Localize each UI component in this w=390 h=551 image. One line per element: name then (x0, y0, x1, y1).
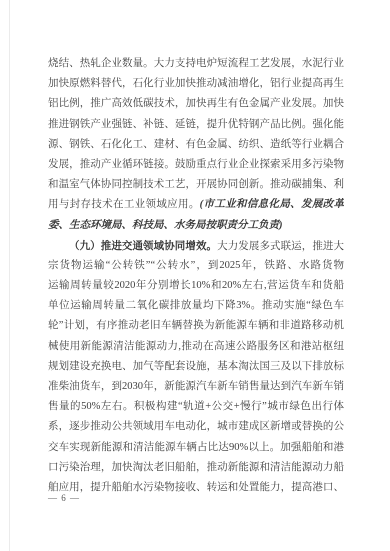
body-text-segment: 运输周转量较2020年分别增长10%和20%左右,营运货车和货船 (48, 280, 344, 291)
document-line: 系，逐步推动公共领域用车电动化，城市建成区新增或替换的公 (48, 417, 344, 437)
document-line: 单位运输周转量二氧化碳排放量均下降3%。推动实施“绿色车 (48, 296, 344, 316)
body-text-segment: 售量的50%左右。积极构建“轨道+公交+慢行”城市绿色出行体 (48, 401, 344, 412)
document-line: 械使用新能源清洁能源动力,推动在高速公路服务区和港站枢纽 (48, 337, 344, 357)
body-text-segment: 舶应用，提升船舶水污染物接收、转运和处置能力，提高港口、 (48, 482, 344, 493)
document-line: 烧结、热轧企业数量。大力支持电炉短流程工艺发展，水泥行业 (48, 54, 344, 74)
body-text-segment: 准柴油货车，到2030年，新能源汽车新车销售量达到汽车新车销 (48, 381, 344, 392)
department-annotation: (市工业和信息化局、发展改革 (200, 199, 344, 210)
document-line: 交车实现新能源和清洁能源车辆占比达90%以上。加强船舶和港 (48, 438, 344, 458)
document-line: 推进钢铁产业强链、补链、延链，提升优特钢产品比例。强化能 (48, 115, 344, 135)
body-text-segment: 宗货物运输“公转铁”“公转水”，到2025年，铁路、水路货物 (48, 260, 344, 271)
body-text-segment: 和温室气体协同控制技术工艺，开展协同创新。推动碳捕集、利 (48, 179, 344, 190)
document-line: 售量的50%左右。积极构建“轨道+公交+慢行”城市绿色出行体 (48, 397, 344, 417)
body-text-segment: 交车实现新能源和清洁能源车辆占比达90%以上。加强船舶和港 (48, 442, 344, 453)
body-text-segment: 源、钢铁、石化化工、建材、有色金属、纺织、造纸等行业耦合 (48, 139, 344, 150)
document-line: 用与封存技术在工业领域应用。(市工业和信息化局、发展改革 (48, 195, 344, 215)
document-line: 规划建设充换电、加气等配套设施，基本淘汰国三及以下排放标 (48, 357, 344, 377)
document-line: 委、生态环境局、科技局、水务局按职责分工负责) (48, 216, 344, 236)
document-body: 烧结、热轧企业数量。大力支持电炉短流程工艺发展，水泥行业加快原燃料替代，石化行业… (48, 54, 344, 498)
scan-edge-line (9, 0, 10, 551)
department-annotation: 委、生态环境局、科技局、水务局按职责分工负责) (48, 220, 283, 231)
body-text-segment: 推进钢铁产业强链、补链、延链，提升优特钢产品比例。强化能 (48, 119, 344, 130)
body-text-segment: 规划建设充换电、加气等配套设施，基本淘汰国三及以下排放标 (48, 361, 344, 372)
document-line: 发展，推动产业循环链接。鼓励重点行业企业探索采用多污染物 (48, 155, 344, 175)
document-line: （九）推进交通领域协同增效。大力发展多式联运，推进大 (48, 236, 344, 256)
body-text-segment: 口污染治理，加快淘汰老旧船舶，推动新能源和清洁能源动力船 (48, 462, 344, 473)
body-text-segment: 铝比例，推广高效低碳技术，加快再生有色金属产业发展。加快 (48, 98, 344, 109)
document-line: 舶应用，提升船舶水污染物接收、转运和处置能力，提高港口、 (48, 478, 344, 498)
document-page: 烧结、热轧企业数量。大力支持电炉短流程工艺发展，水泥行业加快原燃料替代，石化行业… (0, 0, 390, 551)
body-text-segment: 械使用新能源清洁能源动力,推动在高速公路服务区和港站枢纽 (48, 341, 344, 352)
body-text-segment: 系，逐步推动公共领域用车电动化，城市建成区新增或替换的公 (48, 421, 344, 432)
document-line: 轮”计划，有序推动老旧车辆替换为新能源车辆和非道路移动机 (48, 316, 344, 336)
body-text-segment: 加快原燃料替代，石化行业加快推动减油增化，铝行业提高再生 (48, 78, 344, 89)
document-line: 运输周转量较2020年分别增长10%和20%左右,营运货车和货船 (48, 276, 344, 296)
document-line: 加快原燃料替代，石化行业加快推动减油增化，铝行业提高再生 (48, 74, 344, 94)
document-line: 宗货物运输“公转铁”“公转水”，到2025年，铁路、水路货物 (48, 256, 344, 276)
section-heading: （九）推进交通领域协同增效。 (69, 240, 217, 252)
body-text-segment: 单位运输周转量二氧化碳排放量均下降3%。推动实施“绿色车 (48, 300, 344, 311)
body-text-segment: 用与封存技术在工业领域应用。 (48, 199, 200, 210)
document-line: 口污染治理，加快淘汰老旧船舶，推动新能源和清洁能源动力船 (48, 458, 344, 478)
body-text-segment: 大力发展多式联运，推进大 (217, 241, 344, 252)
document-line: 和温室气体协同控制技术工艺，开展协同创新。推动碳捕集、利 (48, 175, 344, 195)
body-text-segment: 发展，推动产业循环链接。鼓励重点行业企业探索采用多污染物 (48, 159, 344, 170)
document-line: 铝比例，推广高效低碳技术，加快再生有色金属产业发展。加快 (48, 94, 344, 114)
document-line: 源、钢铁、石化化工、建材、有色金属、纺织、造纸等行业耦合 (48, 135, 344, 155)
page-number: — 6 — (48, 492, 80, 504)
body-text-segment: 轮”计划，有序推动老旧车辆替换为新能源车辆和非道路移动机 (48, 320, 344, 331)
body-text-segment: 烧结、热轧企业数量。大力支持电炉短流程工艺发展，水泥行业 (48, 58, 344, 69)
document-line: 准柴油货车，到2030年，新能源汽车新车销售量达到汽车新车销 (48, 377, 344, 397)
